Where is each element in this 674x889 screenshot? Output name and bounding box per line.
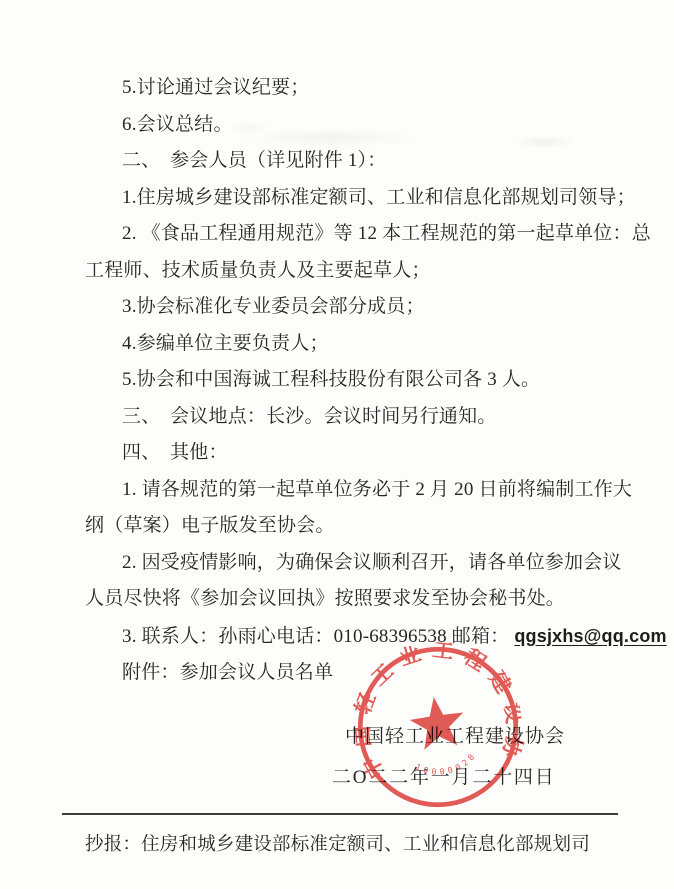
signature-organization: 中国轻工业工程建设协会 <box>345 722 565 752</box>
doc-line: 4.参编单位主要负责人； <box>85 326 634 363</box>
doc-line: 1. 请各规范的第一起草单位务必于 2 月 20 日前将编制工作大 <box>85 472 634 509</box>
section-heading-venue: 三、 会议地点：长沙。会议时间另行通知。 <box>85 399 634 436</box>
section-heading-other: 四、 其他： <box>85 435 634 472</box>
contact-email-link[interactable]: qgsjxhs@qq.com <box>514 626 666 646</box>
doc-line: 2. 因受疫情影响，为确保会议顺利召开，请各单位参加会议 <box>85 545 634 582</box>
section-heading-participants: 二、 参会人员（详见附件 1）： <box>85 143 634 180</box>
contact-info: 3. 联系人：孙雨心电话：010-68396538 邮箱： <box>122 626 509 647</box>
doc-line: 工程师、技术质量负责人及主要起草人； <box>85 253 634 290</box>
doc-line: 5.讨论通过会议纪要； <box>85 70 634 107</box>
signature-date: 二O二二年一月二十四日 <box>332 763 556 793</box>
contact-line: 3. 联系人：孙雨心电话：010-68396538 邮箱： qgsjxhs@qq… <box>85 618 634 656</box>
attachment-line: 附件：参加会议人员名单 <box>85 655 634 692</box>
doc-line: 人员尽快将《参加会议回执》按照要求发至协会秘书处。 <box>85 581 634 618</box>
doc-line: 6.会议总结。 <box>85 107 634 144</box>
scanned-notice-page: 5.讨论通过会议纪要； 6.会议总结。 二、 参会人员（详见附件 1）： 1.住… <box>0 0 674 889</box>
footer-divider <box>62 813 618 815</box>
doc-line: 纲（草案）电子版发至协会。 <box>85 508 634 545</box>
doc-line: 2. 《食品工程通用规范》等 12 本工程规范的第一起草单位：总 <box>85 216 634 253</box>
cc-recipients-line: 抄报：住房和城乡建设部标准定额司、工业和信息化部规划司 <box>85 831 590 859</box>
doc-line: 3.协会标准化专业委员会部分成员； <box>85 289 634 326</box>
doc-line: 5.协会和中国海诚工程科技股份有限公司各 3 人。 <box>85 362 634 399</box>
doc-line: 1.住房城乡建设部标准定额司、工业和信息化部规划司领导； <box>85 180 634 217</box>
notice-body: 5.讨论通过会议纪要； 6.会议总结。 二、 参会人员（详见附件 1）： 1.住… <box>85 70 634 692</box>
